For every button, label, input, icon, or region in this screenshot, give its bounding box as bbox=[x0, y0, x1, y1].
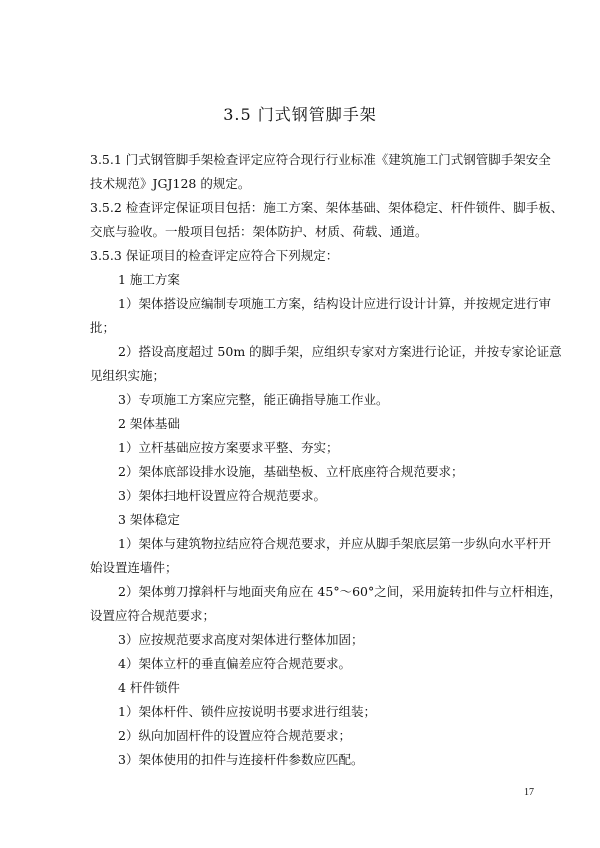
list-item: 3）专项施工方案应完整，能正确指导施工作业。 bbox=[90, 388, 510, 412]
list-item-continuation: 见组织实施； bbox=[90, 364, 510, 388]
list-item: 2）纵向加固杆件的设置应符合规范要求； bbox=[90, 724, 510, 748]
clause-3-5-2-line-2: 交底与验收。一般项目包括：架体防护、材质、荷载、通道。 bbox=[90, 220, 510, 244]
clause-3-5-3: 3.5.3 保证项目的检查评定应符合下列规定： bbox=[90, 244, 510, 268]
list-item-continuation: 始设置连墙件； bbox=[90, 556, 510, 580]
list-item: 1）立杆基础应按方案要求平整、夯实； bbox=[90, 436, 510, 460]
list-item: 1）架体杆件、锁件应按说明书要求进行组装； bbox=[90, 700, 510, 724]
list-item: 2）搭设高度超过 50m 的脚手架，应组织专家对方案进行论证，并按专家论证意 bbox=[90, 340, 510, 364]
page-number: 17 bbox=[524, 787, 534, 798]
subheading-members-locks: 4 杆件锁件 bbox=[90, 676, 510, 700]
list-item: 3）应按规范要求高度对架体进行整体加固； bbox=[90, 628, 510, 652]
clause-3-5-1-line-1: 3.5.1 门式钢管脚手架检查评定应符合现行行业标准《建筑施工门式钢管脚手架安全 bbox=[90, 148, 510, 172]
subheading-frame-stability: 3 架体稳定 bbox=[90, 508, 510, 532]
clause-3-5-2-line-1: 3.5.2 检查评定保证项目包括：施工方案、架体基础、架体稳定、杆件锁件、脚手板… bbox=[90, 196, 510, 220]
subheading-frame-foundation: 2 架体基础 bbox=[90, 412, 510, 436]
section-title: 3.5 门式钢管脚手架 bbox=[0, 102, 600, 125]
list-item: 1）架体搭设应编制专项施工方案，结构设计应进行设计计算，并按规定进行审 bbox=[90, 292, 510, 316]
clause-3-5-1-line-2: 技术规范》JGJ128 的规定。 bbox=[90, 172, 510, 196]
list-item: 4）架体立杆的垂直偏差应符合规范要求。 bbox=[90, 652, 510, 676]
list-item: 2）架体底部设排水设施，基础垫板、立杆底座符合规范要求； bbox=[90, 460, 510, 484]
list-item: 2）架体剪刀撑斜杆与地面夹角应在 45°～60°之间，采用旋转扣件与立杆相连， bbox=[90, 580, 510, 604]
subheading-construction-plan: 1 施工方案 bbox=[90, 268, 510, 292]
list-item-continuation: 设置应符合规范要求； bbox=[90, 604, 510, 628]
list-item: 3）架体使用的扣件与连接杆件参数应匹配。 bbox=[90, 748, 510, 772]
list-item: 1）架体与建筑物拉结应符合规范要求，并应从脚手架底层第一步纵向水平杆开 bbox=[90, 532, 510, 556]
document-body: 3.5.1 门式钢管脚手架检查评定应符合现行行业标准《建筑施工门式钢管脚手架安全… bbox=[90, 148, 510, 772]
list-item: 3）架体扫地杆设置应符合规范要求。 bbox=[90, 484, 510, 508]
list-item-continuation: 批； bbox=[90, 316, 510, 340]
